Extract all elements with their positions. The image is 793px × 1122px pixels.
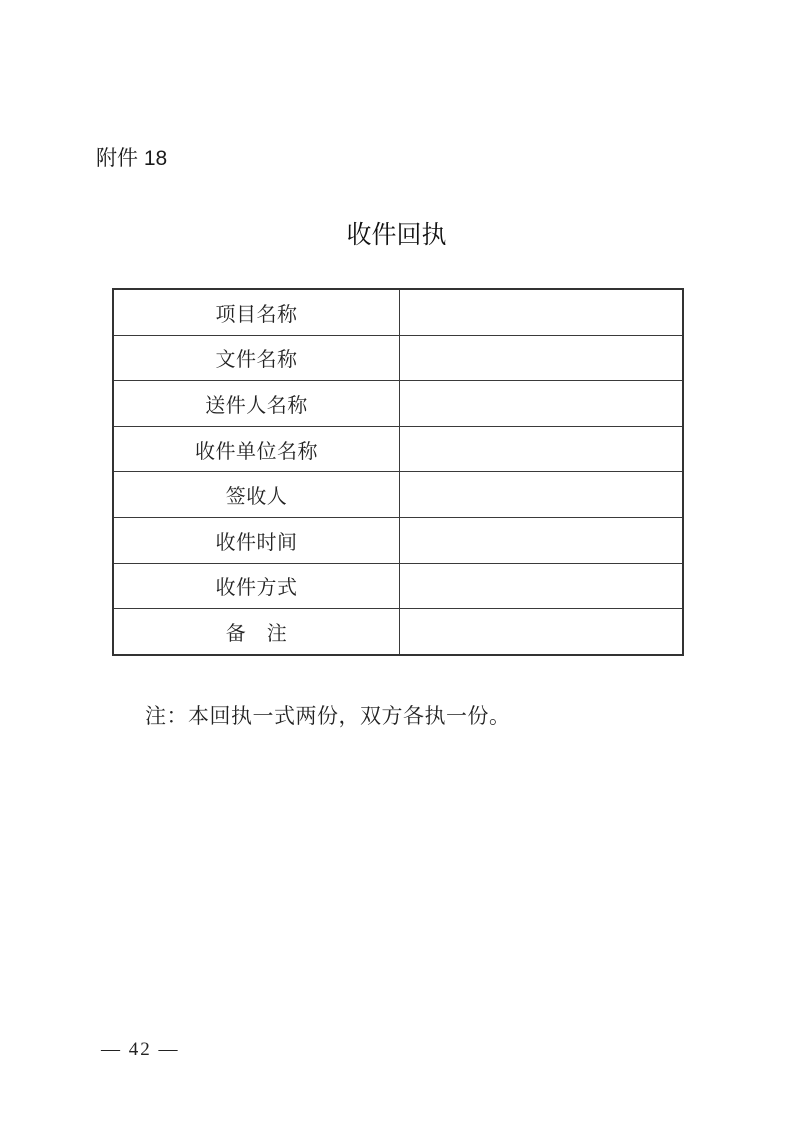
row-value-cell xyxy=(400,609,684,655)
row-value-cell xyxy=(400,426,684,472)
row-value-cell xyxy=(400,472,684,518)
row-label: 文件名称 xyxy=(113,335,400,381)
table-row: 签收人 xyxy=(113,472,683,518)
row-label: 收件时间 xyxy=(113,517,400,563)
table-row: 收件时间 xyxy=(113,517,683,563)
row-value-cell xyxy=(400,289,684,335)
table-row: 送件人名称 xyxy=(113,381,683,427)
row-label: 备 注 xyxy=(113,609,400,655)
table-row: 项目名称 xyxy=(113,289,683,335)
page-number: — 42 — xyxy=(101,1038,180,1062)
table-row: 备 注 xyxy=(113,609,683,655)
receipt-form-table: 项目名称 文件名称 送件人名称 收件单位名称 签收人 收件时间 xyxy=(112,288,684,656)
footnote: 注：本回执一式两份，双方各执一份。 xyxy=(145,701,511,731)
row-label: 收件单位名称 xyxy=(113,426,400,472)
row-value-cell xyxy=(400,563,684,609)
row-label: 签收人 xyxy=(113,472,400,518)
row-label: 送件人名称 xyxy=(113,381,400,427)
table-row: 文件名称 xyxy=(113,335,683,381)
row-value-cell xyxy=(400,335,684,381)
table-row: 收件方式 xyxy=(113,563,683,609)
attachment-label: 附件 18 xyxy=(96,145,167,173)
row-value-cell xyxy=(400,381,684,427)
row-value-cell xyxy=(400,517,684,563)
page-title: 收件回执 xyxy=(0,220,793,250)
table-row: 收件单位名称 xyxy=(113,426,683,472)
document-page: 附件 18 收件回执 项目名称 文件名称 送件人名称 收件单位名称 签收人 xyxy=(0,0,793,1122)
row-label: 收件方式 xyxy=(113,563,400,609)
row-label: 项目名称 xyxy=(113,289,400,335)
